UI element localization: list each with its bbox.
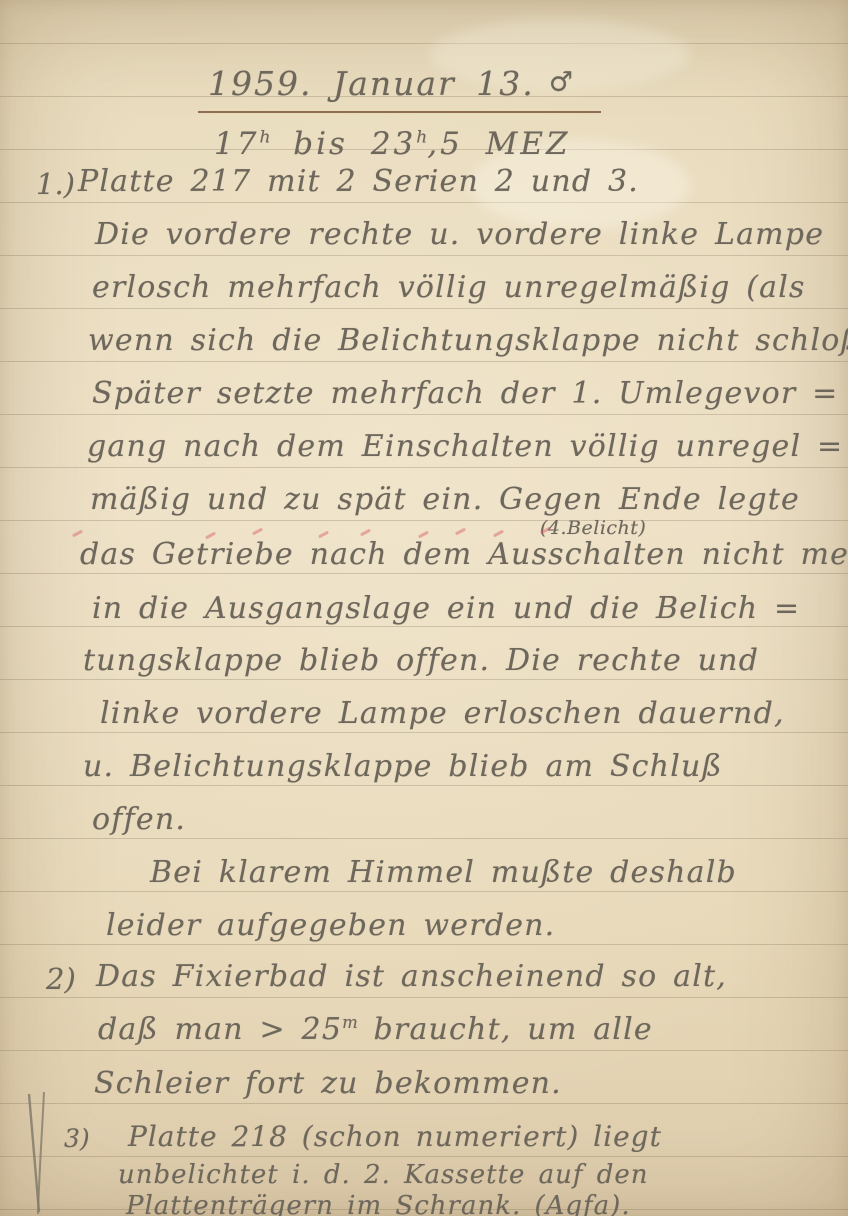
interlinear-annotation: (4.Belicht) [540,517,646,539]
handwritten-line: mäßig und zu spät ein. Gegen Ende legte [90,482,800,517]
line-text: daß man > 25 [98,1012,342,1047]
handwritten-line: erlosch mehrfach völlig unregelmäßig (al… [92,270,806,305]
handwritten-line: Das Fixierbad ist anscheinend so alt, [96,959,727,994]
handwritten-line: Später setzte mehrfach der 1. Umlegevor … [92,376,838,411]
handwritten-line: Schleier fort zu bekommen. [94,1066,562,1101]
handwritten-line: Platte 217 mit 2 Serien 2 und 3. [78,164,639,199]
handwritten-line: offen. [92,802,186,837]
handwritten-line: in die Ausgangslage ein und die Belich = [92,591,800,626]
handwritten-line: Bei klarem Himmel mußte deshalb [150,855,737,890]
notebook-page: { "page": { "kind": "handwritten observa… [0,0,848,1216]
time-end: ,5 MEZ [427,126,570,162]
handwritten-line: tungsklappe blieb offen. Die rechte und [83,643,759,678]
handwritten-line: Die vordere rechte u. vordere linke Lamp… [95,217,824,252]
handwritten-line: das Getriebe nach dem Ausschalten nicht … [80,537,848,572]
line-text: braucht, um alle [358,1012,653,1047]
item-number-1: 1.) [36,167,75,201]
minutes-superscript: m [342,1013,358,1032]
handwritten-line: unbelichtet i. d. 2. Kassette auf den [118,1160,649,1190]
handwritten-line: linke vordere Lampe erloschen dauernd, [100,696,785,731]
handwritten-line: gang nach dem Einschalten völlig unregel… [87,429,843,464]
time-range: 17h bis 23h,5 MEZ [214,126,571,162]
handwritten-line: daß man > 25m braucht, um alle [98,1012,653,1047]
handwritten-line: leider aufgegeben werden. [106,908,555,943]
time-mid: bis 23 [270,126,416,162]
date-text: 1959. Januar 13. [208,64,535,103]
handwritten-line: wenn sich die Belichtungsklappe nicht sc… [88,323,848,358]
item-number-2: 2) [46,962,76,996]
hour-superscript: h [416,128,427,148]
date-heading: 1959. Januar 13.♂ [198,64,601,113]
handwritten-line: u. Belichtungsklappe blieb am Schluß [83,749,723,784]
time-start: 17 [214,126,259,162]
margin-check-mark [22,1090,52,1216]
mars-symbol: ♂ [535,67,575,98]
handwritten-line: Platte 218 (schon numeriert) liegt [128,1120,662,1153]
item-number-3: 3) [64,1124,90,1153]
handwritten-line: Plattenträgern im Schrank. (Agfa). [126,1191,631,1216]
hour-superscript: h [259,128,270,148]
